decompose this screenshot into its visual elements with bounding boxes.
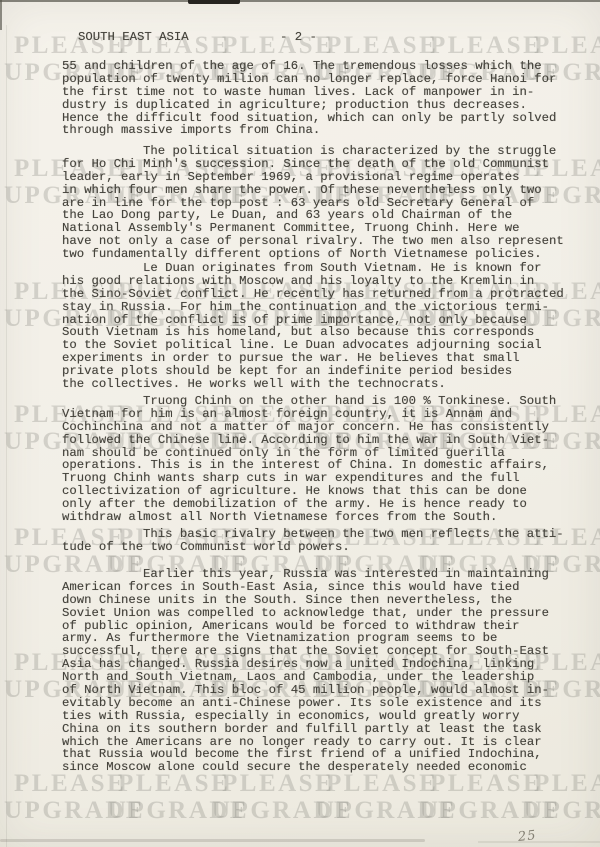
text-line: Le Duan originates from South Vietnam. H… xyxy=(62,262,564,275)
paragraph: This basic rivalry between the two men r… xyxy=(62,528,564,554)
text-line: his good relations with Moscow and his l… xyxy=(62,275,564,288)
page-number-marker: - 2 - xyxy=(280,30,317,44)
scan-edge-left xyxy=(0,0,2,30)
handwritten-page-number: 25 xyxy=(517,828,537,845)
text-line: withdraw almost all North Vietnamese for… xyxy=(62,511,556,524)
paragraph: 55 and children of the age of 16. The tr… xyxy=(62,60,556,137)
text-line: 55 and children of the age of 16. The tr… xyxy=(62,60,556,73)
scan-edge-top-mark xyxy=(188,0,240,4)
scan-band-bottom-right xyxy=(478,841,600,843)
scan-edge-top xyxy=(0,0,600,2)
text-line: dustry is duplicated in agriculture; pro… xyxy=(62,99,556,112)
typed-text-layer: SOUTH EAST ASIA - 2 - 55 and children of… xyxy=(0,0,600,847)
text-line: for Ho Chi Minh's succession. Since the … xyxy=(62,158,564,171)
section-title: SOUTH EAST ASIA xyxy=(78,30,189,44)
text-line: The political situation is characterized… xyxy=(62,145,564,158)
text-line: the Sino-Soviet conflict. He recently ha… xyxy=(62,288,564,301)
text-line: Truong Chinh on the other hand is 100 % … xyxy=(62,395,556,408)
text-line: through massive imports from China. xyxy=(62,124,556,137)
text-line: two fundamentally different options of N… xyxy=(62,248,564,261)
text-line: down Chinese units in the South. Since t… xyxy=(62,594,549,607)
text-line: Soviet Union was compelled to acknowledg… xyxy=(62,607,549,620)
paragraph: Truong Chinh on the other hand is 100 % … xyxy=(62,395,556,524)
text-line: Earlier this year, Russia was interested… xyxy=(62,568,549,581)
text-line: of North Vietnam. This bloc of 45 millio… xyxy=(62,684,549,697)
paper-edge-shadow xyxy=(6,25,7,847)
text-line: the collectives. He works well with the … xyxy=(62,378,564,391)
text-line: This basic rivalry between the two men r… xyxy=(62,528,564,541)
text-line: ties with Russia, especially in economic… xyxy=(62,710,549,723)
paragraph: Earlier this year, Russia was interested… xyxy=(62,568,549,774)
text-line: Vietnam for him is an almost foreign cou… xyxy=(62,408,556,421)
text-line: stay in Russia. For him the continuation… xyxy=(62,301,564,314)
text-line: since Moscow alone could secure the desp… xyxy=(62,761,549,774)
text-line: American forces in South-East Asia, sinc… xyxy=(62,581,549,594)
text-line: in which four men share the power. Of th… xyxy=(62,184,564,197)
text-line: tude of the two Communist world powers. xyxy=(62,541,564,554)
text-line: evitably become an anti-Chinese power. I… xyxy=(62,697,549,710)
text-line: leader, early in September 1969, a provi… xyxy=(62,171,564,184)
text-line: the first time not to waste human lives.… xyxy=(62,86,556,99)
text-line: population of twenty million can no long… xyxy=(62,73,556,86)
text-line: followed the Chinese line. According to … xyxy=(62,434,556,447)
scan-band-bottom xyxy=(0,839,425,842)
text-line: Cochinchina and not a matter of major co… xyxy=(62,421,556,434)
paragraph: Le Duan originates from South Vietnam. H… xyxy=(62,262,564,391)
paragraph: The political situation is characterized… xyxy=(62,145,564,261)
scanned-document-page: PLEASEPLEASEPLEASEPLEASEPLEASEPLEASEUPGR… xyxy=(0,0,600,847)
text-line: China on its southern border and fulfill… xyxy=(62,723,549,736)
